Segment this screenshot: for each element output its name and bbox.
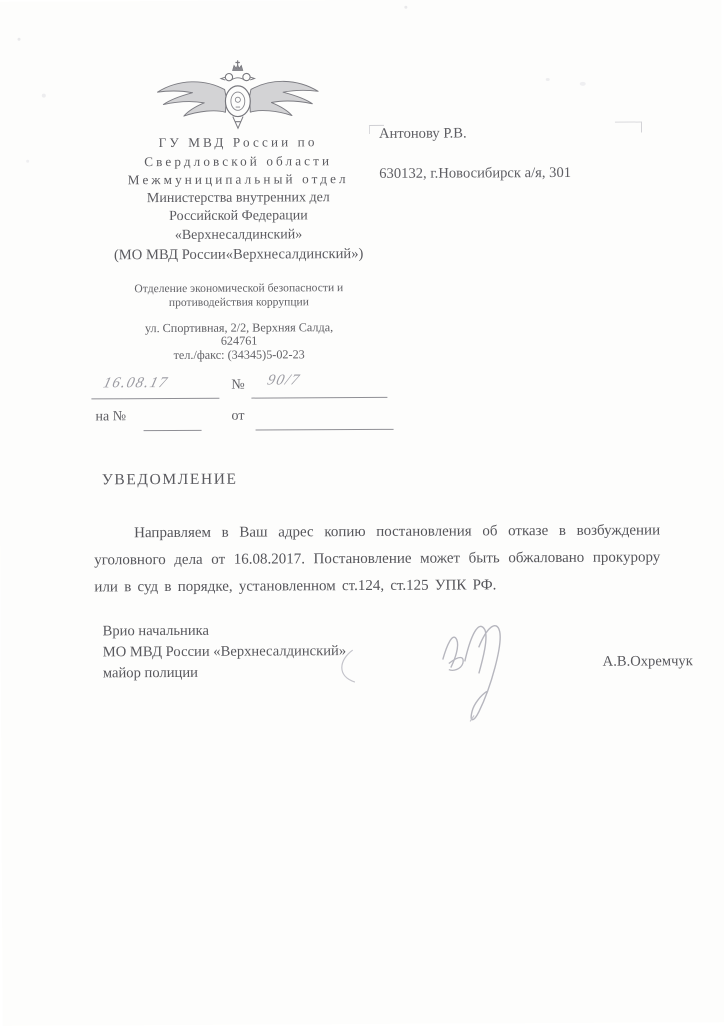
organization-name: ГУ МВД России по Свердловской области Ме… xyxy=(90,133,387,265)
division-line: Отделение экономической безопасности и xyxy=(91,280,387,296)
handwritten-number: 90/7 xyxy=(265,372,302,389)
org-line: Российской Федерации xyxy=(90,207,386,227)
division-line: противодействия коррупции xyxy=(91,295,387,311)
org-line: (МО МВД России«Верхнесалдинский») xyxy=(91,245,387,265)
org-line: Межмуниципальный отдел xyxy=(90,170,386,190)
org-line: «Верхнесалдинский» xyxy=(91,225,387,245)
division-name: Отделение экономической безопасности и п… xyxy=(91,280,387,311)
scan-speck xyxy=(546,78,550,81)
signature-block: Врио начальника МО МВД России «Верхнесал… xyxy=(103,618,695,683)
recipient-name: Антонову Р.В. xyxy=(379,124,669,143)
handwritten-date: 16.08.17 xyxy=(101,375,170,392)
scan-speck xyxy=(26,160,29,163)
reply-label: на № xyxy=(95,409,126,425)
scan-speck xyxy=(42,94,46,98)
body-paragraph: Направляем в Ваш адрес копию постановлен… xyxy=(94,517,660,601)
address-line: тел./факс: (34345)5-02-23 xyxy=(91,348,387,363)
handwritten-signature-icon xyxy=(331,607,532,728)
sender-address: ул. Спортивная, 2/2, Верхняя Салда, 6247… xyxy=(91,320,387,363)
date-number-row: 16.08.17 № 90/7 xyxy=(91,372,401,405)
number-underline xyxy=(251,397,387,399)
scan-speck xyxy=(404,6,407,9)
signer-name: А.В.Охремчук xyxy=(603,653,693,670)
scan-speck xyxy=(18,38,21,41)
reply-date-underline xyxy=(256,429,394,431)
date-underline xyxy=(91,398,219,400)
mvd-double-headed-eagle-emblem-icon xyxy=(154,58,322,131)
letterhead: ГУ МВД России по Свердловской области Ме… xyxy=(90,58,388,363)
recipient-address: 630132, г.Новосибирск а/я, 301 xyxy=(379,164,669,183)
org-line: Свердловской области xyxy=(90,151,386,171)
scanned-letter-page: ГУ МВД России по Свердловской области Ме… xyxy=(0,0,724,1026)
recipient-block: Антонову Р.В. 630132, г.Новосибирск а/я,… xyxy=(379,124,669,183)
number-label: № xyxy=(231,378,244,394)
document-title: УВЕДОМЛЕНИЕ xyxy=(102,471,238,490)
org-line: Министерства внутренних дел xyxy=(90,188,386,208)
reference-fields: 16.08.17 № 90/7 на № от xyxy=(91,372,401,436)
reply-number-underline xyxy=(144,430,202,431)
reply-reference-row: на № от xyxy=(91,403,401,436)
from-label: от xyxy=(231,409,244,425)
org-line: ГУ МВД России по xyxy=(90,133,386,153)
scan-speck xyxy=(580,82,586,86)
